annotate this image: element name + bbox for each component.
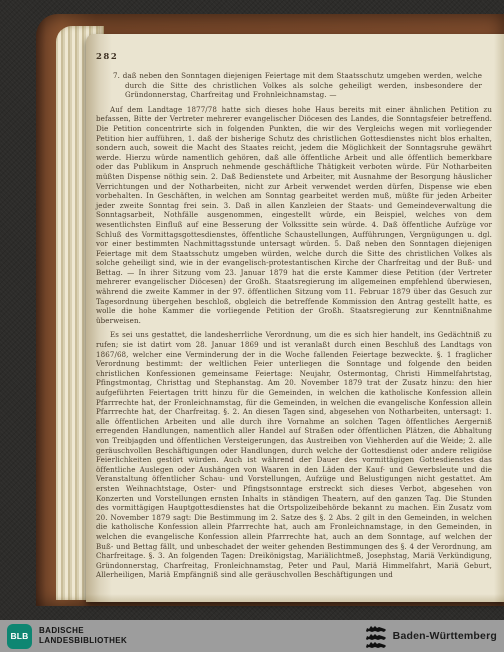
blb-library-name-line2: Landesbibliothek: [39, 636, 127, 646]
numbered-petition-item-7: 7. daß neben den Sonntagen diejenigen Fe…: [113, 71, 482, 100]
paragraph-landtag-1877-78: Auf dem Landtage 1877/78 hatte sich dies…: [96, 105, 492, 326]
paragraph-verordnung-1869: Es sei uns gestattet, die landesherrlich…: [96, 330, 492, 579]
screenshot-root: 282 7. daß neben den Sonntagen diejenige…: [0, 0, 504, 652]
page-number: 282: [96, 52, 492, 62]
blb-logo-group[interactable]: BLB Badische Landesbibliothek: [7, 624, 127, 649]
blb-logo-icon[interactable]: BLB: [7, 624, 32, 649]
baden-wuerttemberg-logo-group[interactable]: Baden-Württemberg: [365, 624, 497, 648]
page-text-block: 282 7. daß neben den Sonntagen diejenige…: [96, 34, 492, 602]
scanned-book-page: 282 7. daß neben den Sonntagen diejenige…: [86, 34, 504, 602]
library-branding-footer: BLB Badische Landesbibliothek Baden-Würt…: [0, 620, 504, 652]
blb-library-name-line1: Badische: [39, 626, 127, 636]
baden-wuerttemberg-label[interactable]: Baden-Württemberg: [393, 630, 497, 642]
baden-wuerttemberg-coat-of-arms-icon: [365, 624, 387, 648]
blb-library-name: Badische Landesbibliothek: [39, 626, 127, 646]
